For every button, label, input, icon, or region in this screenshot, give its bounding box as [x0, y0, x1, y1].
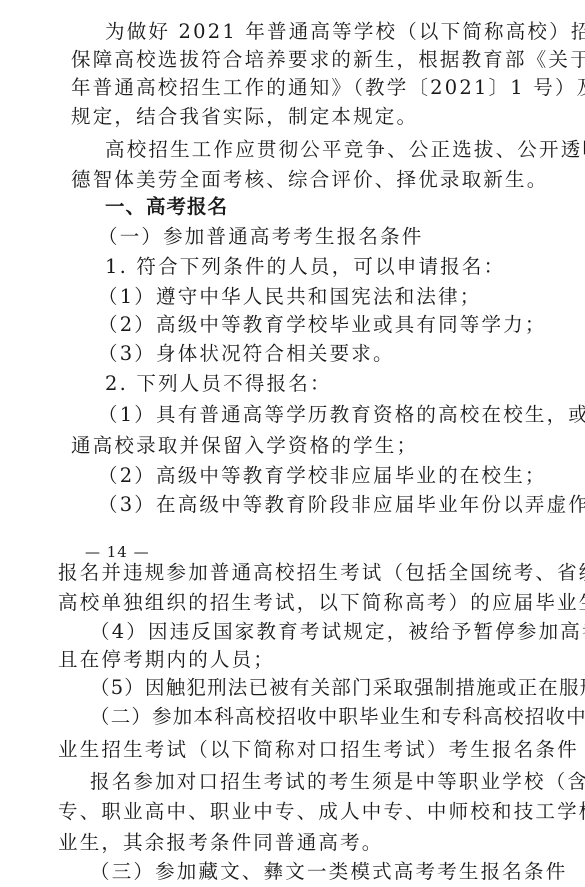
item-2-4-line-1: （4）因违反国家教育考试规定，被给予暂停参加高考处理	[90, 620, 585, 644]
item-2-3-line-3: 高校单独组织的招生考试，以下简称高考）的应届毕业生；	[58, 591, 585, 615]
item-1-2: （2）高级中等教育学校毕业或具有同等学力；	[98, 313, 547, 337]
subsection-heading-3: （三）参加藏文、彝文一类模式高考考生报名条件	[90, 860, 567, 884]
paragraph-principle-line-2: 德智体美劳全面考核、综合评价、择优录取新生。	[71, 168, 548, 192]
paragraph-intro-line-3: 年普通高校招生工作的通知》（教学〔2021〕1 号）及有关文件	[71, 76, 585, 100]
item-2-2: （2）高级中等教育学校非应届毕业的在校生；	[98, 464, 547, 488]
item-1-3: （3）身体状况符合相关要求。	[98, 342, 395, 366]
paragraph-principle-line-1: 高校招生工作应贯彻公平竞争、公正选拔、公开透明的原则，	[105, 138, 585, 162]
subsection-heading-2-line-2: 业生招生考试（以下简称对口招生考试）考生报名条件	[58, 738, 579, 762]
paragraph-intro-line-1: 为做好 2021 年普通高等学校（以下简称高校）招生工作，	[105, 20, 585, 44]
item-2-1-line-2: 通高校录取并保留入学资格的学生；	[71, 434, 418, 458]
paragraph-intro-line-4: 规定，结合我省实际，制定本规定。	[71, 105, 418, 129]
item-1: 1. 符合下列条件的人员，可以申请报名：	[105, 255, 505, 279]
item-2-4-line-2: 且在停考期内的人员；	[58, 648, 275, 672]
item-2-3-line-2: 报名并违规参加普通高校招生考试（包括全国统考、省级统考和	[58, 561, 585, 585]
subsection-heading-2-line-1: （二）参加本科高校招收中职毕业生和专科高校招收中职毕	[90, 705, 585, 729]
subsection-heading-1: （一）参加普通高考考生报名条件	[98, 225, 424, 249]
section-heading-registration: 一、高考报名	[105, 195, 228, 219]
paragraph-vocational-line-2: 专、职业高中、职业中专、成人中专、中师校和技工学校）的毕	[58, 800, 585, 824]
item-2: 2. 下列人员不得报名：	[105, 372, 332, 396]
item-2-5: （5）因触犯刑法已被有关部门采取强制措施或正在服刑者。	[90, 676, 585, 700]
item-2-1-line-1: （1）具有普通高等学历教育资格的高校在校生，或已被普	[98, 403, 585, 427]
item-2-3-line-1: （3）在高级中等教育阶段非应届毕业年份以弄虚作假手段	[98, 493, 585, 517]
page-number: — 14 —	[85, 543, 150, 561]
paragraph-intro-line-2: 保障高校选拔符合培养要求的新生，根据教育部《关于做好 2021	[71, 48, 585, 72]
paragraph-vocational-line-3: 业生，其余报考条件同普通高考。	[58, 831, 384, 855]
paragraph-vocational-line-1: 报名参加对口招生考试的考生须是中等职业学校（含普通中	[90, 770, 585, 794]
item-1-1: （1）遵守中华人民共和国宪法和法律；	[98, 285, 482, 309]
